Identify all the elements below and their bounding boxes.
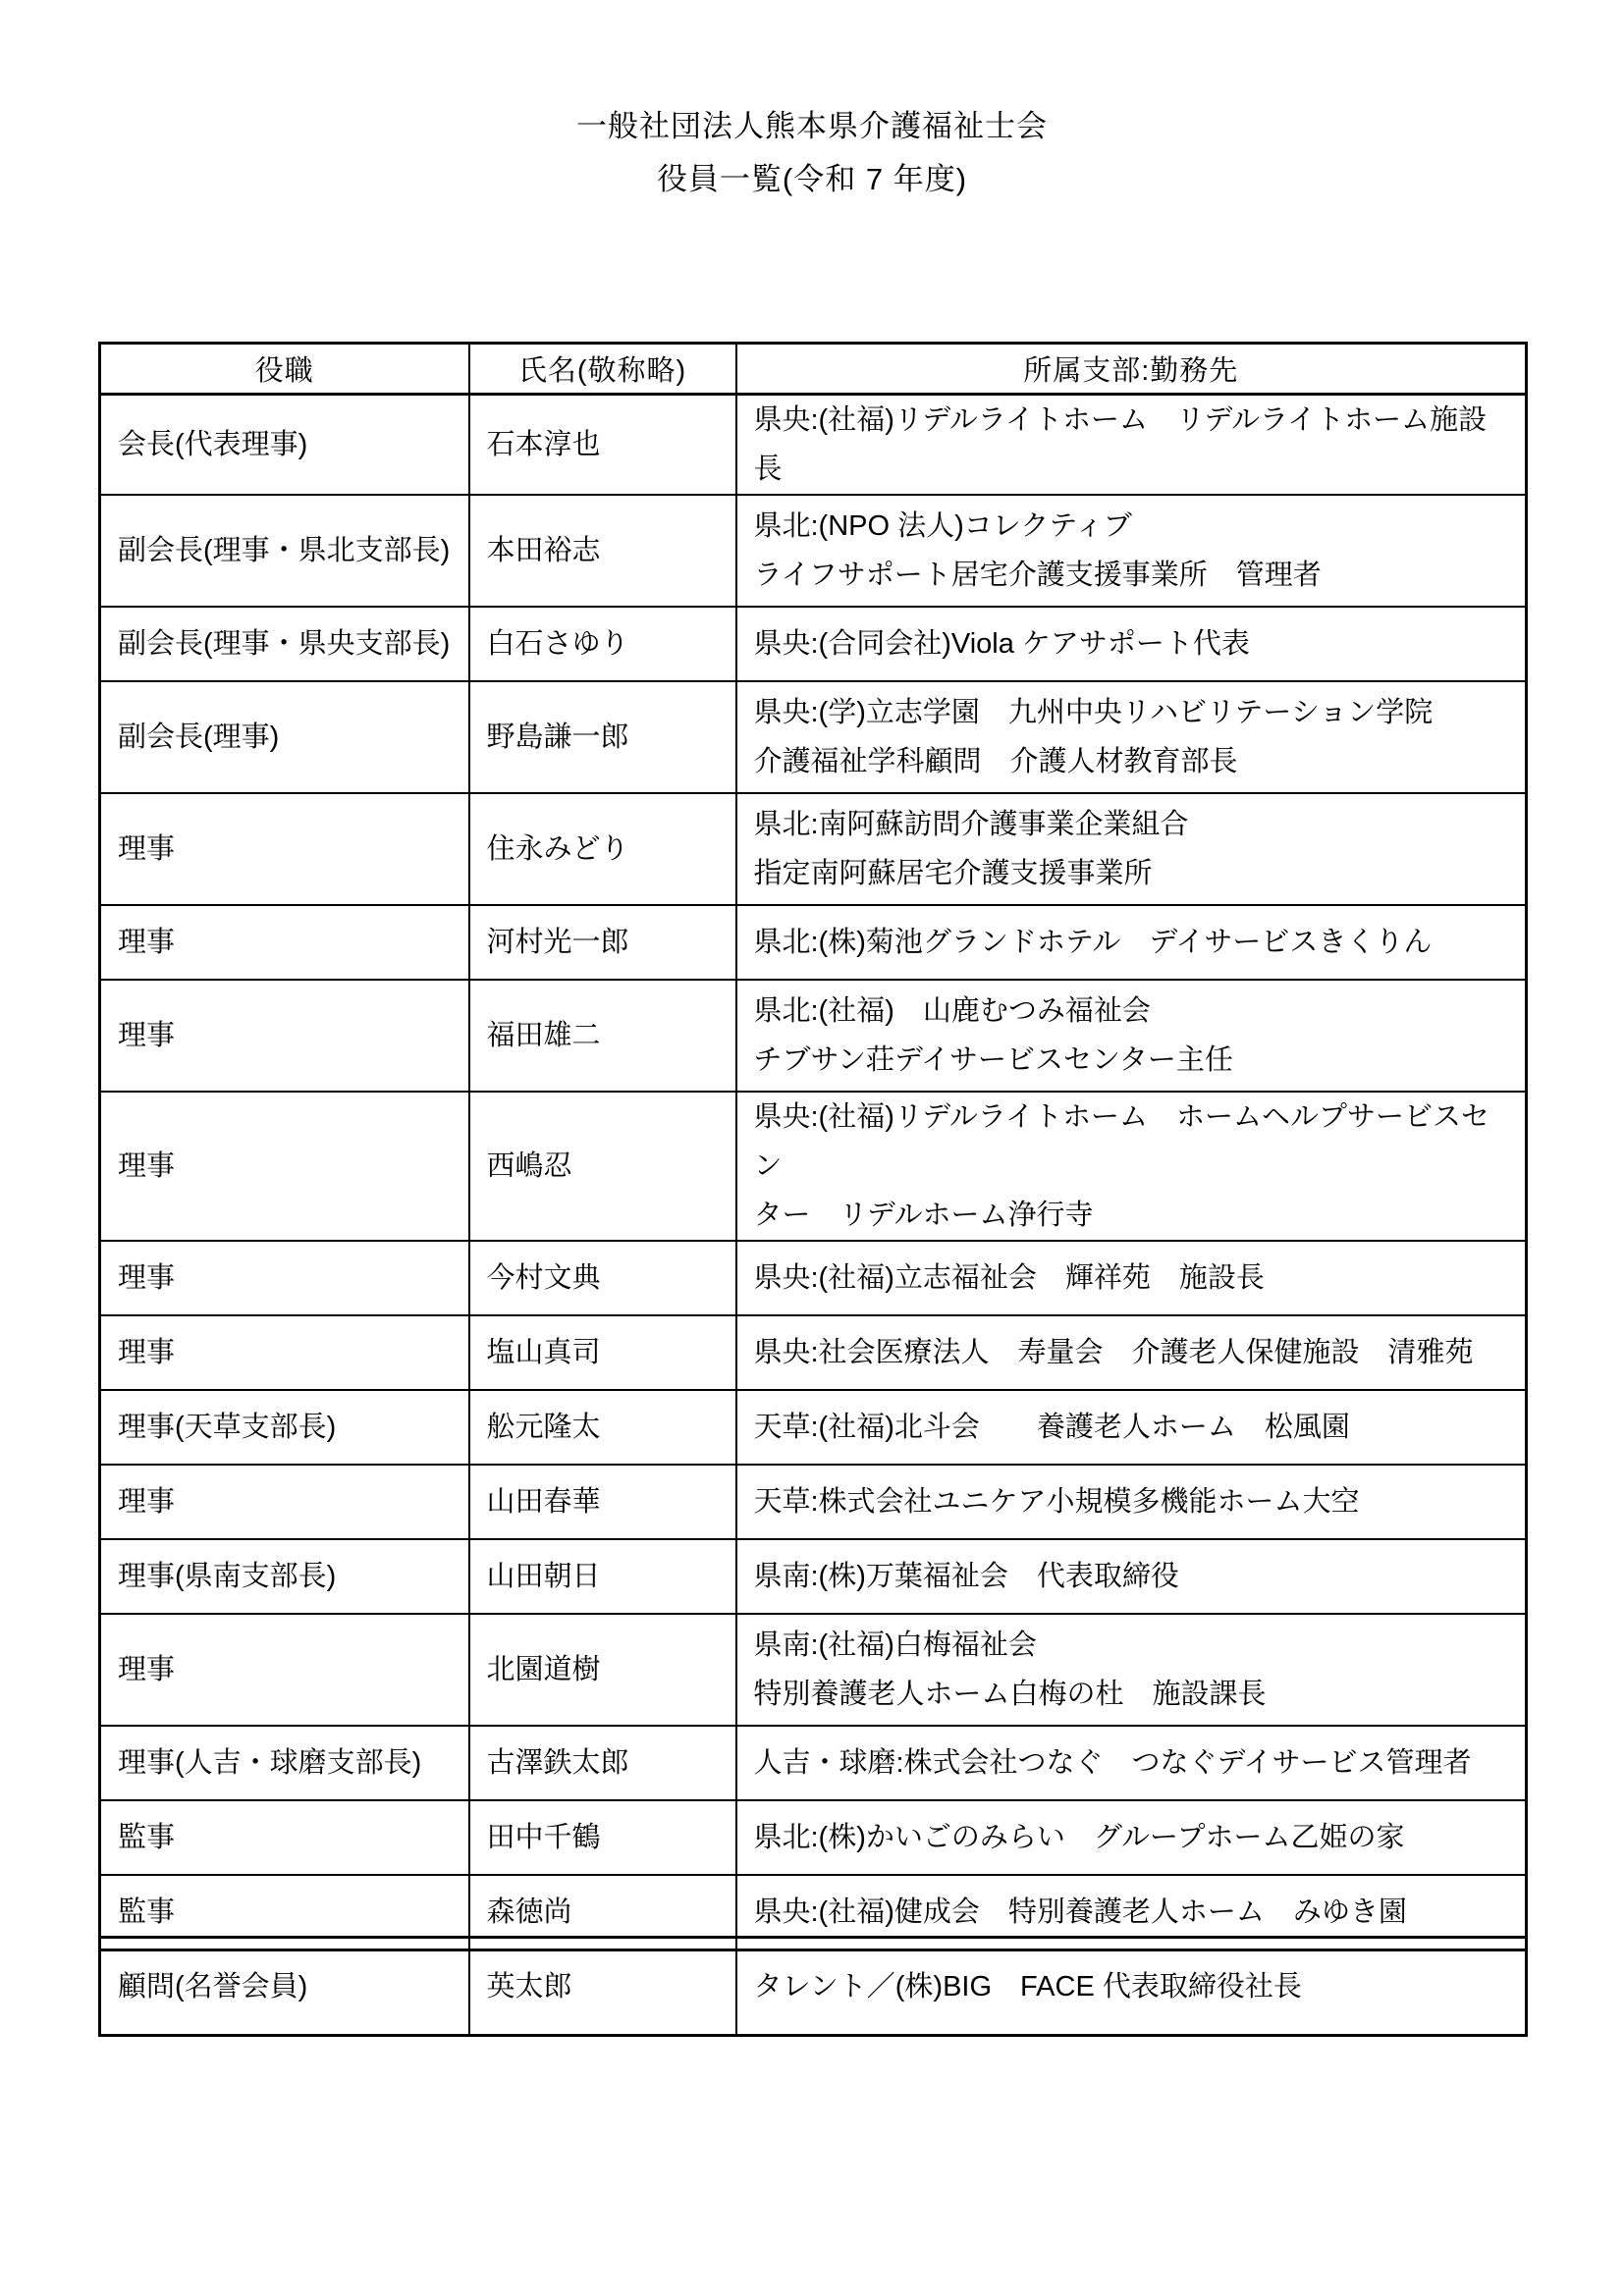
table-row: 理事西嶋忍県央:(社福)リデルライトホーム ホームヘルプサービスセン ター リデ…	[100, 1092, 1527, 1241]
position-cell: 会長(代表理事)	[100, 395, 469, 496]
table-row: 顧問(名誉会員)英太郎タレント／(株)BIG FACE 代表取締役社長	[100, 1938, 1527, 2036]
table-row: 理事(県南支部長)山田朝日県南:(株)万葉福祉会 代表取締役	[100, 1539, 1527, 1614]
table-row: 理事河村光一郎県北:(株)菊池グランドホテル デイサービスきくりん	[100, 905, 1527, 980]
table-row: 理事山田春華天草:株式会社ユニケア小規模多機能ホーム大空	[100, 1465, 1527, 1539]
name-cell: 北園道樹	[469, 1614, 736, 1726]
table-row: 理事(天草支部長)舩元隆太天草:(社福)北斗会 養護老人ホーム 松風園	[100, 1390, 1527, 1465]
affiliation-cell: 県北:(社福) 山鹿むつみ福祉会 チブサン荘デイサービスセンター主任	[736, 980, 1527, 1092]
position-cell: 理事(人吉・球磨支部長)	[100, 1726, 469, 1800]
table-row: 副会長(理事・県北支部長)本田裕志県北:(NPO 法人)コレクティブ ライフサポ…	[100, 495, 1527, 607]
position-cell: 理事	[100, 1092, 469, 1241]
table-row: 理事塩山真司県央:社会医療法人 寿量会 介護老人保健施設 清雅苑	[100, 1315, 1527, 1390]
affiliation-cell: 県北:(株)かいごのみらい グループホーム乙姫の家	[736, 1800, 1527, 1875]
document-page: 一般社団法人熊本県介護福祉士会 役員一覧(令和 7 年度) 役職 氏名(敬称略)…	[0, 0, 1624, 2296]
position-cell: 理事	[100, 793, 469, 905]
advisor-table: 顧問(名誉会員)英太郎タレント／(株)BIG FACE 代表取締役社長	[98, 1936, 1528, 2037]
position-cell: 理事	[100, 905, 469, 980]
affiliation-cell: 県央:社会医療法人 寿量会 介護老人保健施設 清雅苑	[736, 1315, 1527, 1390]
table-row: 副会長(理事・県央支部長)白石さゆり県央:(合同会社)Viola ケアサポート代…	[100, 607, 1527, 681]
table-row: 理事北園道樹県南:(社福)白梅福祉会 特別養護老人ホーム白梅の杜 施設課長	[100, 1614, 1527, 1726]
name-cell: 住永みどり	[469, 793, 736, 905]
affiliation-cell: 県央:(学)立志学園 九州中央リハビリテーション学院 介護福祉学科顧問 介護人材…	[736, 681, 1527, 793]
name-cell: 山田春華	[469, 1465, 736, 1539]
position-cell: 理事	[100, 1465, 469, 1539]
name-cell: 山田朝日	[469, 1539, 736, 1614]
position-cell: 理事(県南支部長)	[100, 1539, 469, 1614]
name-cell: 舩元隆太	[469, 1390, 736, 1465]
affiliation-cell: 天草:(社福)北斗会 養護老人ホーム 松風園	[736, 1390, 1527, 1465]
affiliation-cell: 人吉・球磨:株式会社つなぐ つなぐデイサービス管理者	[736, 1726, 1527, 1800]
position-cell: 理事	[100, 1315, 469, 1390]
position-cell: 理事	[100, 980, 469, 1092]
col-header-name: 氏名(敬称略)	[469, 344, 736, 395]
position-cell: 理事	[100, 1614, 469, 1726]
col-header-position: 役職	[100, 344, 469, 395]
affiliation-cell: 県央:(社福)リデルライトホーム リデルライトホーム施設長	[736, 395, 1527, 496]
affiliation-cell: 県北:南阿蘇訪問介護事業企業組合 指定南阿蘇居宅介護支援事業所	[736, 793, 1527, 905]
table-row: 理事(人吉・球磨支部長)古澤鉄太郎人吉・球磨:株式会社つなぐ つなぐデイサービス…	[100, 1726, 1527, 1800]
position-cell: 監事	[100, 1800, 469, 1875]
position-cell: 副会長(理事・県央支部長)	[100, 607, 469, 681]
name-cell: 石本淳也	[469, 395, 736, 496]
affiliation-cell: 県北:(NPO 法人)コレクティブ ライフサポート居宅介護支援事業所 管理者	[736, 495, 1527, 607]
name-cell: 野島謙一郎	[469, 681, 736, 793]
affiliation-cell: 県南:(社福)白梅福祉会 特別養護老人ホーム白梅の杜 施設課長	[736, 1614, 1527, 1726]
header-row: 役職 氏名(敬称略) 所属支部:勤務先	[100, 344, 1527, 395]
org-name: 一般社団法人熊本県介護福祉士会	[0, 100, 1624, 153]
affiliation-cell: 天草:株式会社ユニケア小規模多機能ホーム大空	[736, 1465, 1527, 1539]
position-cell: 副会長(理事・県北支部長)	[100, 495, 469, 607]
affiliation-cell: 県央:(社福)立志福祉会 輝祥苑 施設長	[736, 1241, 1527, 1315]
name-cell: 本田裕志	[469, 495, 736, 607]
name-cell: 英太郎	[469, 1938, 736, 2036]
affiliation-cell: 県北:(株)菊池グランドホテル デイサービスきくりん	[736, 905, 1527, 980]
affiliation-cell: タレント／(株)BIG FACE 代表取締役社長	[736, 1938, 1527, 2036]
table-row: 監事田中千鶴県北:(株)かいごのみらい グループホーム乙姫の家	[100, 1800, 1527, 1875]
name-cell: 今村文典	[469, 1241, 736, 1315]
table-row: 理事今村文典県央:(社福)立志福祉会 輝祥苑 施設長	[100, 1241, 1527, 1315]
affiliation-cell: 県央:(合同会社)Viola ケアサポート代表	[736, 607, 1527, 681]
col-header-affiliation: 所属支部:勤務先	[736, 344, 1527, 395]
doc-title: 一般社団法人熊本県介護福祉士会 役員一覧(令和 7 年度)	[0, 100, 1624, 206]
name-cell: 河村光一郎	[469, 905, 736, 980]
position-cell: 顧問(名誉会員)	[100, 1938, 469, 2036]
name-cell: 西嶋忍	[469, 1092, 736, 1241]
table-row: 副会長(理事)野島謙一郎県央:(学)立志学園 九州中央リハビリテーション学院 介…	[100, 681, 1527, 793]
table-row: 理事住永みどり県北:南阿蘇訪問介護事業企業組合 指定南阿蘇居宅介護支援事業所	[100, 793, 1527, 905]
name-cell: 古澤鉄太郎	[469, 1726, 736, 1800]
name-cell: 塩山真司	[469, 1315, 736, 1390]
name-cell: 福田雄二	[469, 980, 736, 1092]
affiliation-cell: 県南:(株)万葉福祉会 代表取締役	[736, 1539, 1527, 1614]
table-row: 理事福田雄二県北:(社福) 山鹿むつみ福祉会 チブサン荘デイサービスセンター主任	[100, 980, 1527, 1092]
doc-subtitle: 役員一覧(令和 7 年度)	[0, 153, 1624, 206]
position-cell: 理事(天草支部長)	[100, 1390, 469, 1465]
affiliation-cell: 県央:(社福)リデルライトホーム ホームヘルプサービスセン ター リデルホーム浄…	[736, 1092, 1527, 1241]
name-cell: 田中千鶴	[469, 1800, 736, 1875]
position-cell: 副会長(理事)	[100, 681, 469, 793]
officers-table: 役職 氏名(敬称略) 所属支部:勤務先 会長(代表理事)石本淳也県央:(社福)リ…	[98, 342, 1528, 1951]
name-cell: 白石さゆり	[469, 607, 736, 681]
position-cell: 理事	[100, 1241, 469, 1315]
table-row: 会長(代表理事)石本淳也県央:(社福)リデルライトホーム リデルライトホーム施設…	[100, 395, 1527, 496]
